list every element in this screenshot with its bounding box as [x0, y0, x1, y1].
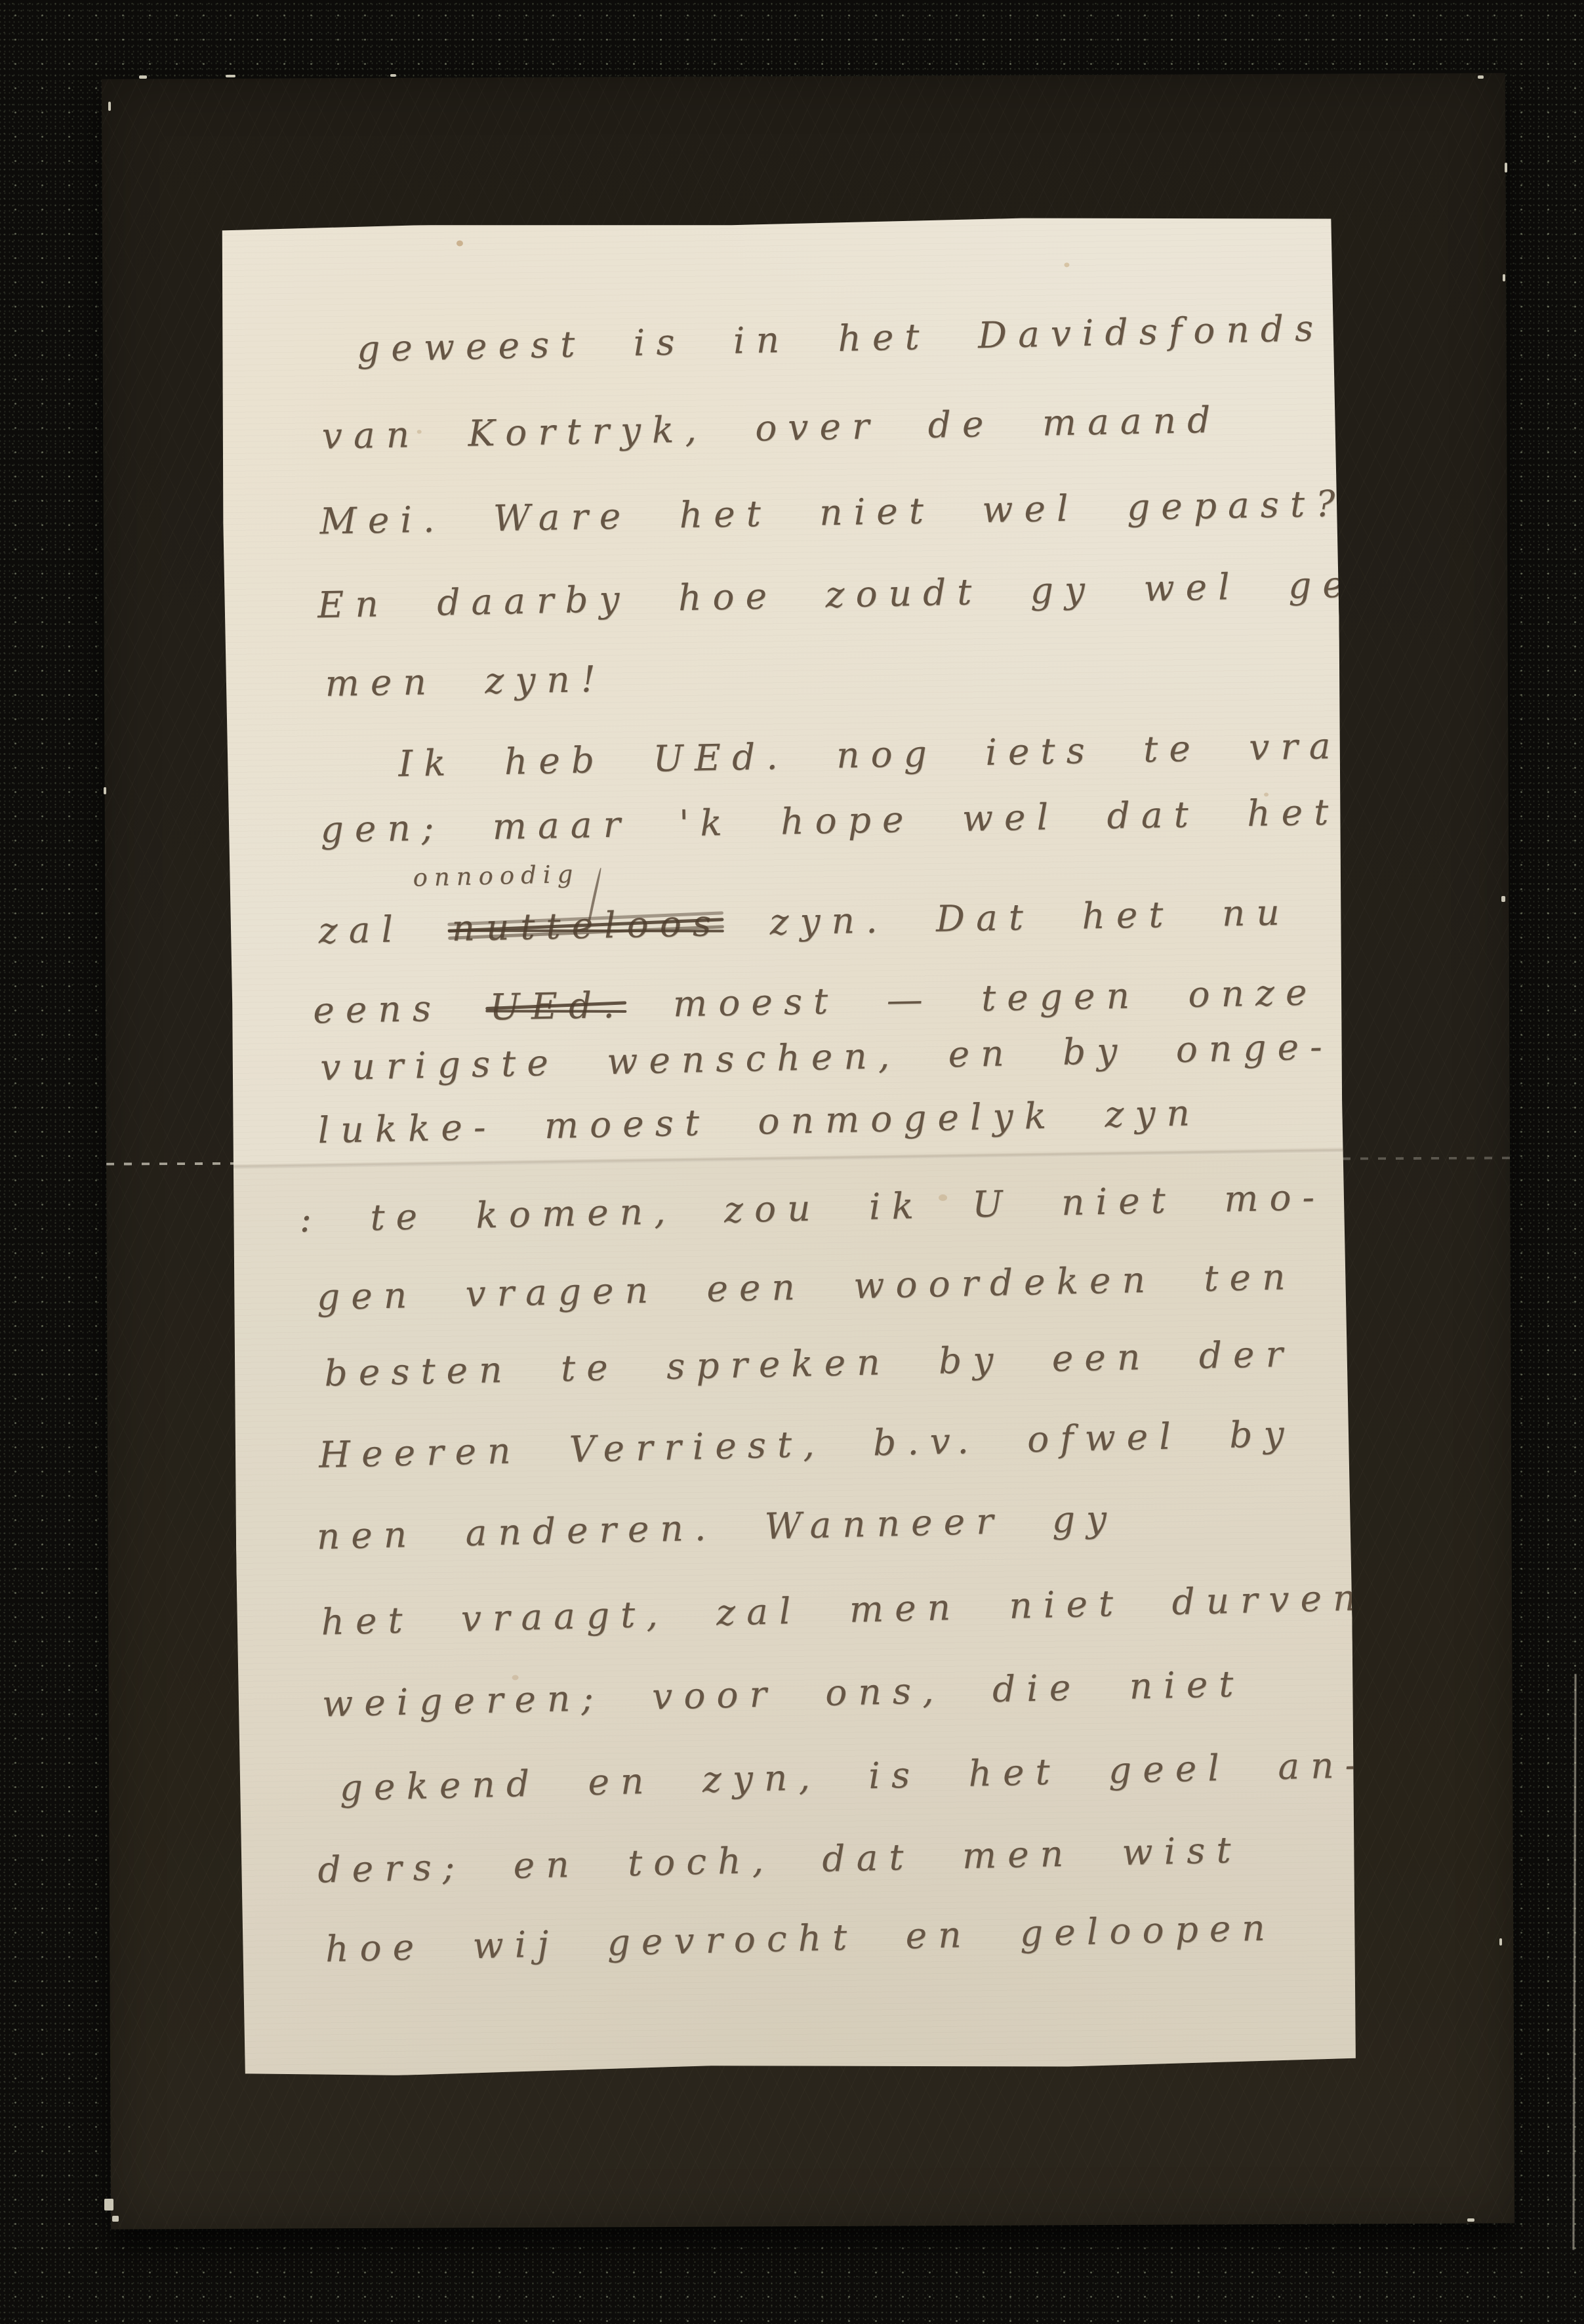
fold-crease-mount-right — [1343, 1156, 1510, 1160]
text-segment: gen vragen een woordeken ten — [316, 1255, 1297, 1318]
mount-edge-chip — [104, 2199, 113, 2211]
mount-edge-chip — [104, 787, 106, 794]
text-segment: geweest is in het Davidsfonds — [356, 307, 1324, 370]
letter-page: onnoodig geweest is in het Davidsfondsva… — [219, 213, 1358, 2077]
text-segment: gen; maar 'k hope wel dat het — [320, 791, 1340, 851]
text-segment: gekend en zyn, is het geel an- — [339, 1743, 1369, 1809]
handwriting-block: onnoodig geweest is in het Davidsfondsva… — [219, 213, 1358, 2077]
handwritten-line: gekend en zyn, is het geel an- — [339, 1747, 1369, 1806]
handwritten-line: : te komen, zou ik U niet mo- — [299, 1179, 1326, 1237]
handwritten-line: Ik heb UEd. nog iets te vra- — [398, 727, 1366, 782]
handwritten-line: zal nutteloos zyn. Dat het nu — [318, 894, 1291, 948]
mount-edge-chip — [1467, 2218, 1474, 2222]
text-segment: van Kortryk, over de maand — [321, 399, 1222, 457]
mount-edge-chip — [1505, 163, 1507, 173]
fold-crease-mount-left — [106, 1162, 241, 1166]
handwritten-line: hoe wij gevrocht en geloopen — [325, 1909, 1276, 1967]
handwritten-line: Mei. Ware het niet wel gepast? — [319, 485, 1347, 539]
text-segment: Heeren Verriest, b.v. ofwel by — [318, 1412, 1295, 1475]
mount-edge-chip — [226, 75, 235, 77]
struck-word: UEd. — [489, 984, 626, 1029]
text-segment: besten te spreken by een der — [324, 1333, 1295, 1395]
text-segment: moest — tegen onze — [625, 971, 1318, 1025]
text-segment: vurigste wenschen, en by onge- — [320, 1025, 1333, 1088]
handwritten-line: men zyn! — [325, 661, 607, 702]
handwritten-line: En daarby hoe zoudt gy wel geko- — [317, 565, 1445, 623]
handwritten-line: weigeren; voor ons, die niet — [322, 1666, 1245, 1723]
interlinear-correction: onnoodig — [413, 860, 580, 892]
text-segment: zal — [318, 907, 452, 952]
text-segment: weigeren; voor ons, die niet — [321, 1663, 1245, 1725]
text-segment: En daarby hoe zoudt gy wel geko- — [317, 561, 1445, 626]
handwritten-line: besten te spreken by een der — [324, 1336, 1294, 1392]
text-segment: nen anderen. Wanneer gy — [316, 1498, 1118, 1558]
text-segment: : te komen, zou ik U niet mo- — [299, 1175, 1326, 1240]
mount-edge-chip — [390, 74, 396, 77]
text-segment: zyn. Dat het nu — [721, 891, 1291, 944]
mount-edge-chip — [139, 75, 147, 79]
text-segment: lukke- moest onmogelyk zyn — [317, 1091, 1201, 1151]
text-segment: Ik heb UEd. nog iets te vra- — [398, 724, 1366, 785]
struck-word: nutteloos — [451, 902, 723, 949]
album-page-edge-highlight — [1572, 1674, 1576, 2250]
handwritten-line: het vraagt, zal men niet durven — [321, 1580, 1368, 1641]
handwritten-line: ders; en toch, dat men wist — [317, 1832, 1242, 1888]
text-segment: Mei. Ware het niet wel gepast? — [319, 482, 1347, 542]
text-segment: ders; en toch, dat men wist — [317, 1829, 1242, 1891]
handwritten-line: Heeren Verriest, b.v. ofwel by — [319, 1416, 1296, 1473]
handwritten-line: gen; maar 'k hope wel dat het — [320, 794, 1339, 848]
handwritten-line: lukke- moest onmogelyk zyn — [317, 1095, 1201, 1149]
mount-edge-chip — [1503, 274, 1505, 281]
handwritten-line: geweest is in het Davidsfonds — [356, 310, 1324, 367]
text-segment: men zyn! — [325, 658, 607, 704]
handwritten-line: van Kortryk, over de maand — [321, 402, 1221, 455]
album-backdrop: onnoodig geweest is in het Davidsfondsva… — [0, 0, 1584, 2324]
text-segment: hoe wij gevrocht en geloopen — [325, 1906, 1276, 1970]
mount-edge-chip — [1478, 75, 1484, 79]
mount-edge-chip — [1501, 896, 1505, 902]
handwritten-line: eens UEd. moest — tegen onze — [313, 974, 1318, 1029]
handwritten-line: vurigste wenschen, en by onge- — [320, 1029, 1333, 1086]
mount-edge-chip — [108, 102, 111, 111]
mount-edge-chip — [112, 2216, 119, 2222]
text-segment: eens — [313, 987, 490, 1032]
mount-edge-chip — [1499, 1938, 1502, 1946]
text-segment: het vraagt, zal men niet durven — [321, 1576, 1368, 1643]
handwritten-line: gen vragen een woordeken ten — [316, 1259, 1297, 1315]
handwritten-line: nen anderen. Wanneer gy — [316, 1501, 1118, 1555]
